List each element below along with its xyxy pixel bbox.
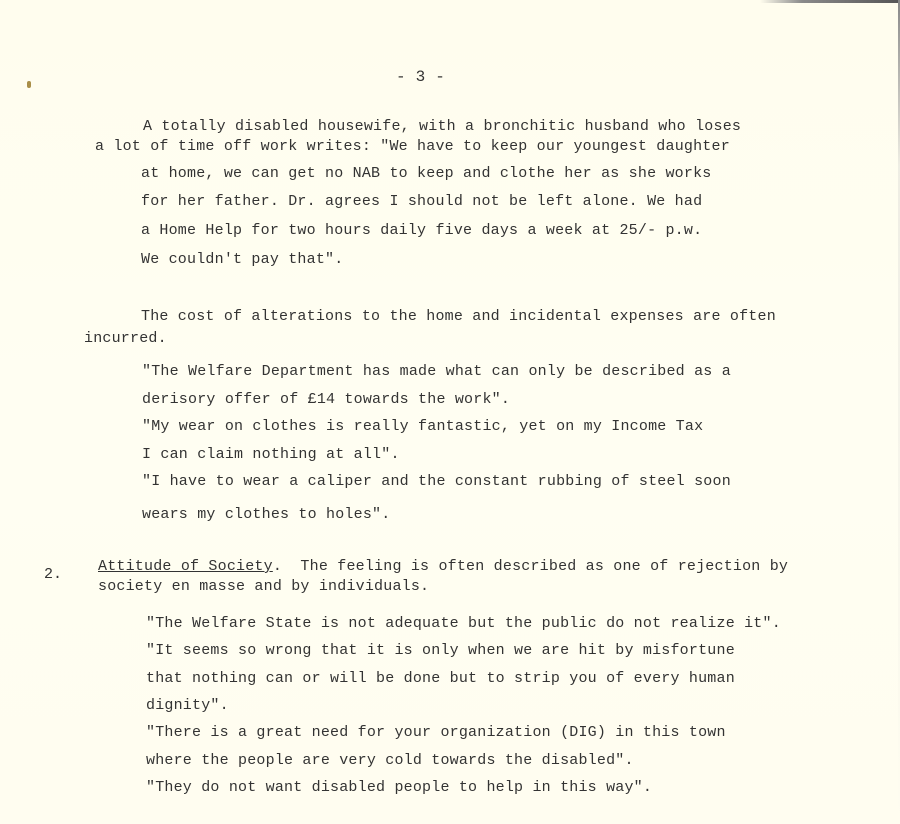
paragraph1-line: a lot of time off work writes: "We have …: [95, 138, 730, 155]
paper-speck-mark: [27, 81, 31, 88]
section-heading-punct: .: [273, 558, 282, 575]
quote-line: where the people are very cold towards t…: [146, 752, 634, 769]
quote-line: "The Welfare State is not adequate but t…: [146, 615, 781, 632]
page-number: - 3 -: [396, 68, 445, 86]
paragraph1-line: a Home Help for two hours daily five day…: [141, 222, 702, 239]
quote-line: "They do not want disabled people to hel…: [146, 779, 652, 796]
paragraph1-line: A totally disabled housewife, with a bro…: [143, 118, 741, 135]
quote-line: "My wear on clothes is really fantastic,…: [142, 418, 703, 435]
section-heading-line: Attitude of Society. The feeling is ofte…: [98, 558, 788, 575]
quote-line: I can claim nothing at all".: [142, 446, 400, 463]
section-intro-line: society en masse and by individuals.: [98, 578, 429, 595]
quote-line: wears my clothes to holes".: [142, 506, 390, 523]
quote-line: "It seems so wrong that it is only when …: [146, 642, 735, 659]
quote-line: "The Welfare Department has made what ca…: [142, 363, 731, 380]
quote-line: derisory offer of £14 towards the work".: [142, 391, 510, 408]
quote-line: "There is a great need for your organiza…: [146, 724, 726, 741]
quote-line: dignity".: [146, 697, 229, 714]
quote-line: that nothing can or will be done but to …: [146, 670, 735, 687]
section-heading: Attitude of Society: [98, 558, 273, 575]
paragraph2-line: incurred.: [84, 330, 167, 347]
typewritten-page: - 3 - A totally disabled housewife, with…: [0, 0, 900, 824]
quote-line: "I have to wear a caliper and the consta…: [142, 473, 731, 490]
paragraph1-line: at home, we can get no NAB to keep and c…: [141, 165, 712, 182]
section-number: 2.: [44, 566, 62, 583]
paragraph2-line: The cost of alterations to the home and …: [141, 308, 776, 325]
paragraph1-line: We couldn't pay that".: [141, 251, 343, 268]
section-intro-text: The feeling is often described as one of…: [282, 558, 788, 575]
paragraph1-line: for her father. Dr. agrees I should not …: [141, 193, 702, 210]
page-top-edge-shadow: [760, 0, 900, 3]
